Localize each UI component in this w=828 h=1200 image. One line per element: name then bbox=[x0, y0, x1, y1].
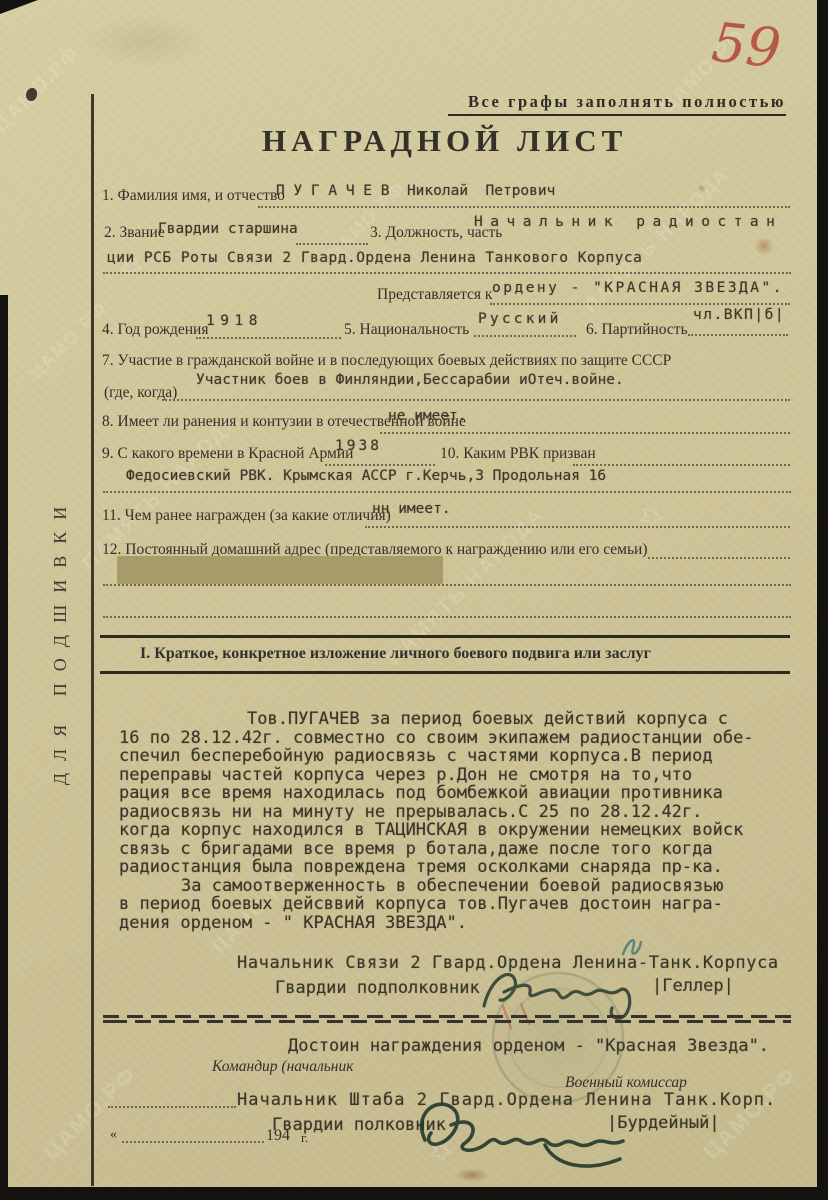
binding-margin-rule bbox=[91, 94, 94, 1186]
document-title: НАГРАДНОЙ ЛИСТ bbox=[262, 123, 627, 159]
field-6-label: 6. Партийность bbox=[586, 321, 688, 339]
binding-margin-label: ДЛЯ ПОДШИВКИ bbox=[50, 470, 74, 810]
dotted-line bbox=[573, 464, 790, 466]
field-4-label: 4. Год рождения bbox=[102, 321, 208, 339]
red-pencil-marks bbox=[497, 1000, 557, 1036]
citation-line: рация все время находилась под бомбежкой… bbox=[119, 784, 795, 803]
verdict-line: Достоин награждения орденом - "Красная З… bbox=[288, 1036, 769, 1056]
citation-line: дения орденом - " КРАСНАЯ ЗВЕЗДА". bbox=[119, 914, 795, 933]
section-rule-top bbox=[100, 635, 790, 638]
field-5-label: 5. Национальность bbox=[344, 321, 469, 339]
field-6-value: чл.ВКП|б| bbox=[693, 307, 785, 323]
field-4-value: 1918 bbox=[206, 313, 263, 329]
dotted-line bbox=[122, 1141, 264, 1143]
dotted-line bbox=[325, 464, 435, 466]
scan-edge-left bbox=[0, 295, 8, 1200]
field-1-label: 1. Фамилия имя, и отчество bbox=[102, 187, 285, 205]
citation-line: За самоотверженность в обеспечении боево… bbox=[119, 877, 795, 896]
citation-line: связь с бригадами все время р ботала,даж… bbox=[119, 840, 795, 859]
field-10-value: Федосиевский РВК. Крымская АССР г.Керчь,… bbox=[126, 468, 606, 484]
field-1-value: П У Г А Ч Е В Николай Петрович bbox=[276, 183, 555, 199]
dotted-line bbox=[380, 432, 790, 434]
citation-line: 16 по 28.12.42г. совместно со своим экип… bbox=[119, 729, 795, 748]
dashed-separator bbox=[103, 1015, 791, 1018]
sig1-surname: |Геллер| bbox=[652, 976, 734, 996]
dotted-line bbox=[296, 243, 368, 245]
dotted-line bbox=[103, 491, 791, 493]
date-suffix: г. bbox=[301, 1130, 308, 1146]
date-open-quote: « bbox=[110, 1127, 117, 1143]
blue-pen-mark bbox=[615, 928, 645, 960]
citation-line: когда корпус находился в ТАЦИНСКАЯ в окр… bbox=[119, 821, 795, 840]
citation-text: Тов.ПУГАЧЕВ за период боевых действий ко… bbox=[119, 710, 795, 932]
citation-line: переправы частей корпуса через р.Дон не … bbox=[119, 766, 795, 785]
dotted-line bbox=[688, 334, 788, 336]
field-3-value-line2: ции РСБ Роты Связи 2 Гвард.Ордена Ленина… bbox=[107, 250, 642, 266]
field-3-value-line1: Начальник радиостан bbox=[474, 214, 782, 230]
dotted-line bbox=[648, 557, 790, 559]
field-8-value: не имеет. bbox=[388, 408, 467, 424]
dashed-separator bbox=[103, 1020, 791, 1023]
fill-all-note: Все графы заполнять полностью bbox=[448, 92, 786, 116]
field-11-value: нн имеет. bbox=[372, 501, 451, 517]
commander-role-label: Командир (начальник bbox=[212, 1058, 353, 1076]
sig1-rank-line: Гвардии подполковник bbox=[275, 978, 480, 998]
presented-to-value: ордену - "КРАСНАЯ ЗВЕЗДА". bbox=[492, 280, 784, 296]
field-9-value: 1938 bbox=[335, 438, 382, 454]
citation-line: радиосвязь ни на минуту не прерывалась.С… bbox=[119, 803, 795, 822]
dotted-line bbox=[474, 335, 576, 337]
dotted-line bbox=[162, 399, 790, 401]
dotted-line bbox=[103, 584, 791, 586]
field-5-value: Русский bbox=[478, 311, 562, 327]
page-number: 59 bbox=[709, 11, 784, 81]
date-year: 194 bbox=[266, 1127, 290, 1145]
citation-line: в период боевых дейсввий корпуса тов.Пуг… bbox=[119, 895, 795, 914]
section-rule-bottom bbox=[100, 671, 790, 674]
field-10-label: 10. Каким РВК призван bbox=[440, 445, 596, 463]
dotted-line bbox=[108, 1106, 236, 1108]
dotted-line bbox=[490, 303, 790, 305]
redacted-address-block bbox=[117, 556, 443, 584]
dotted-line bbox=[258, 206, 790, 208]
signature-burdeyny bbox=[395, 1085, 645, 1180]
section-1-heading: I. Краткое, конкретное изложение личного… bbox=[140, 645, 651, 663]
citation-line: спечил бесперебойную радиосвязь с частям… bbox=[119, 747, 795, 766]
field-2-value: Гвардии старшина bbox=[158, 221, 298, 237]
presented-to-label: Представляется к bbox=[377, 286, 492, 304]
paper-sheet bbox=[0, 0, 817, 1187]
field-2-label: 2. Звание bbox=[104, 224, 165, 242]
dotted-line bbox=[365, 526, 790, 528]
dotted-line bbox=[103, 616, 791, 618]
field-7-value: Участник боев в Финляндии,Бессарабии иОт… bbox=[196, 372, 624, 388]
field-7-label: 7. Участие в гражданской войне и в после… bbox=[102, 352, 671, 370]
citation-line: радиостанция была повреждена тремя оскол… bbox=[119, 858, 795, 877]
award-sheet-scan: ЦАМО.РФ ЦАМО.РФ ЦАМО.РФ ЦАМО.РФ ЦАМО.РФ … bbox=[0, 0, 828, 1200]
citation-line: Тов.ПУГАЧЕВ за период боевых действий ко… bbox=[119, 710, 795, 729]
field-11-label: 11. Чем ранее награжден (за какие отличи… bbox=[102, 507, 391, 525]
field-9-label: 9. С какого времени в Красной Армии bbox=[102, 445, 353, 463]
dotted-line bbox=[103, 272, 791, 274]
dotted-line bbox=[196, 337, 341, 339]
